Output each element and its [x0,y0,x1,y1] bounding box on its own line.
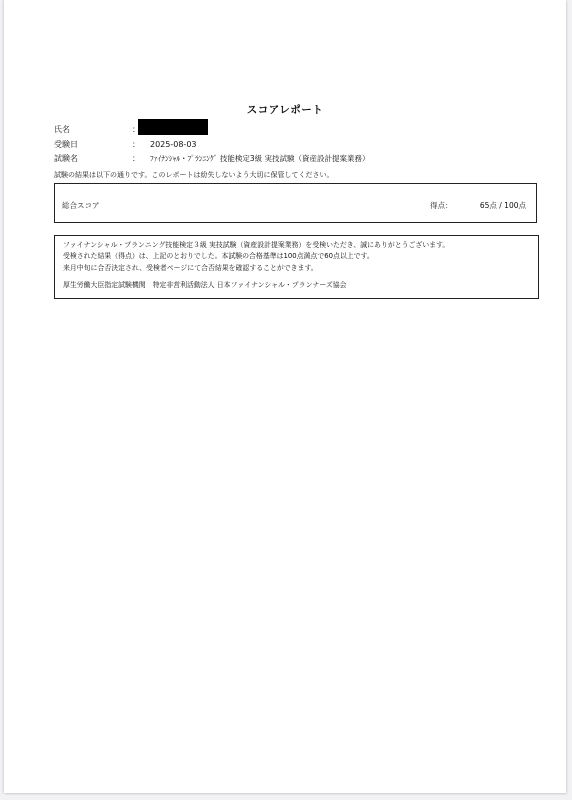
issuer-text: 厚生労働大臣指定試験機関 特定非営利活動法人 日本ファイナンシャル・プランナーズ… [63,280,538,291]
date-label: 受験日 [54,139,132,151]
score-report-page: スコアレポート 氏名： 受験日：2025-08-03 試験名：ﾌｧｲﾅﾝｼｬﾙ・… [4,0,566,793]
message-line: 受検された結果（得点）は、上記のとおりでした。本試験の合格基準は100点満点で6… [63,251,538,262]
info-row-exam: 試験名：ﾌｧｲﾅﾝｼｬﾙ・ﾌﾟﾗﾝﾆﾝｸﾞ 技能検定3級 実技試験（資産設計提案… [54,153,370,165]
message-line: ファイナンシャル・プランニング技能検定３級 実技試験（資産設計提案業務）を受検い… [63,240,538,251]
name-label: 氏名 [54,124,132,136]
points-label: 得点： [430,200,453,211]
name-value-redacted [138,119,208,135]
date-colon: ： [132,139,142,151]
notice-text: 試験の結果は以下の通りです。このレポートは紛失しないよう大切に保管してください。 [54,170,333,180]
exam-colon: ： [132,153,142,165]
score-value: 65点 / 100点 [480,200,526,211]
date-value: 2025-08-03 [150,139,197,151]
exam-value: ﾌｧｲﾅﾝｼｬﾙ・ﾌﾟﾗﾝﾆﾝｸﾞ 技能検定3級 実技試験（資産設計提案業務） [150,153,370,165]
info-row-date: 受験日：2025-08-03 [54,139,197,151]
total-score-label: 総合スコア [62,200,100,211]
report-title: スコアレポート [4,102,566,117]
exam-label: 試験名 [54,153,132,165]
total-score-box: 総合スコア 得点： 65点 / 100点 [54,183,537,223]
info-row-name: 氏名： [54,123,208,135]
message-box: ファイナンシャル・プランニング技能検定３級 実技試験（資産設計提案業務）を受検い… [54,235,539,299]
message-line: 来月中旬に合否決定され、受検者ページにて合否結果を確認することができます。 [63,263,538,274]
